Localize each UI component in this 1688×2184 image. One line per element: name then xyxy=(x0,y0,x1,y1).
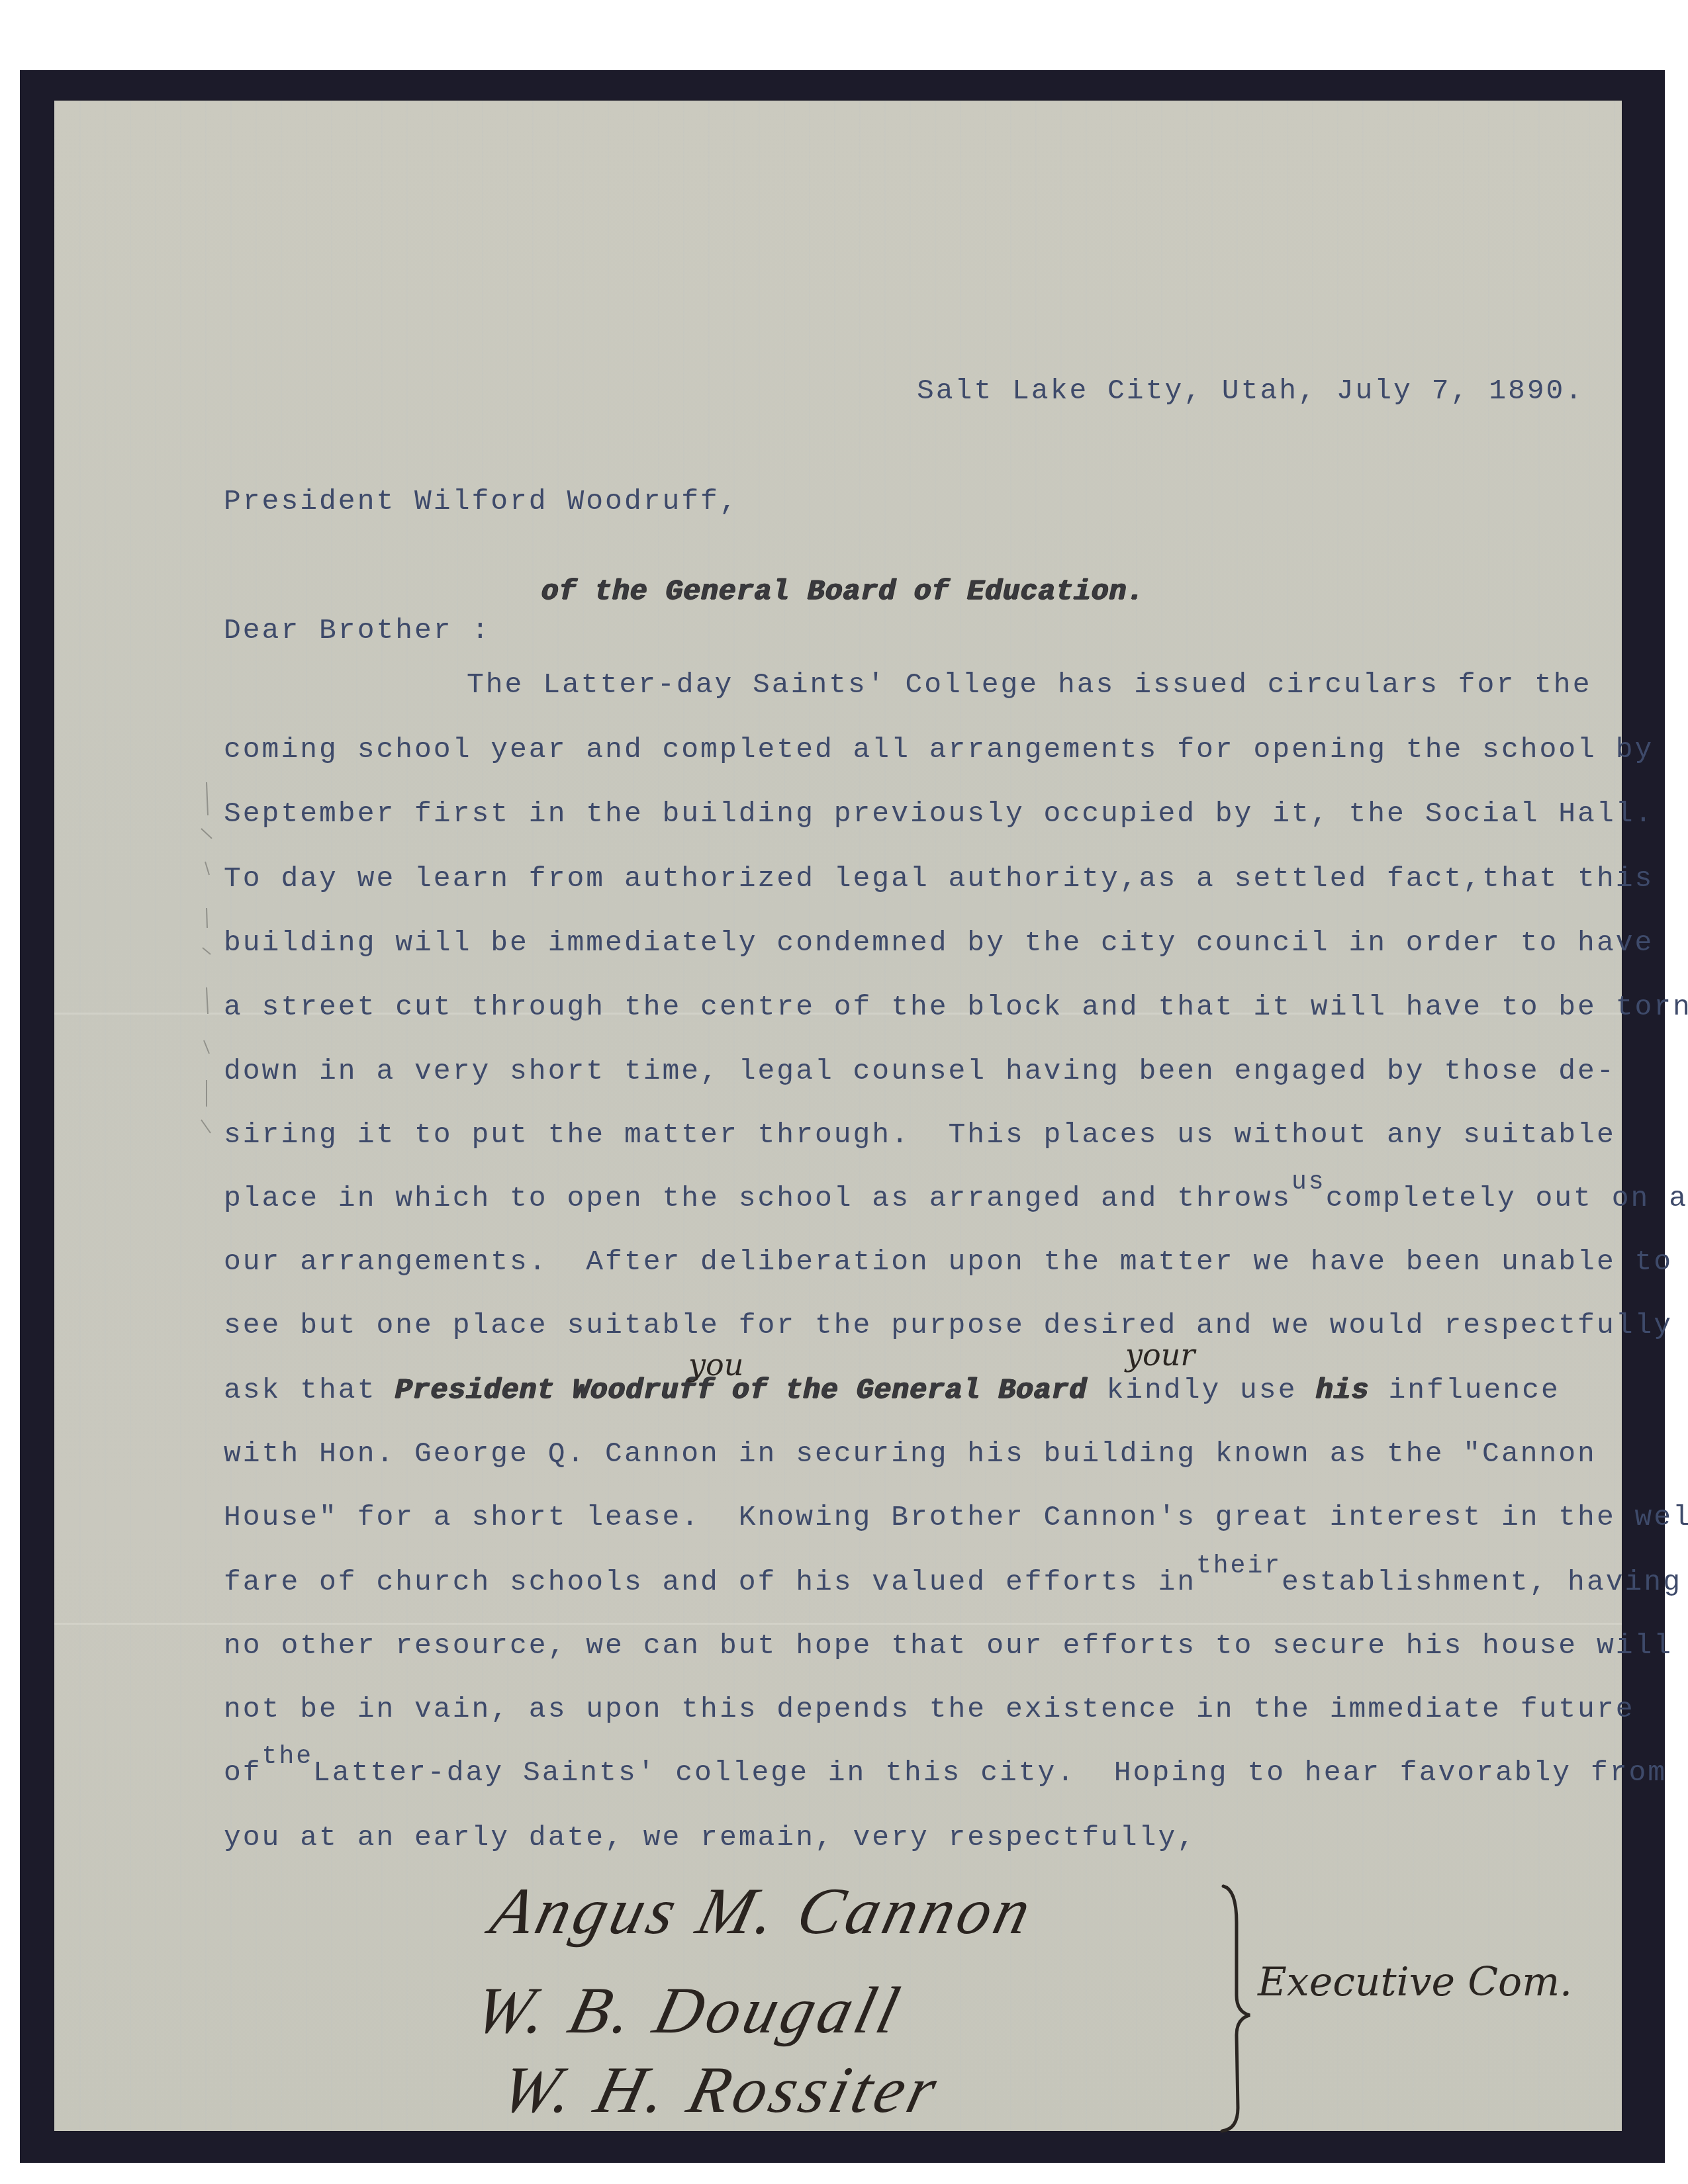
text-segment: fare of church schools and of his valued… xyxy=(224,1566,1196,1598)
body-line-3: September first in the building previous… xyxy=(224,797,1654,830)
text-segment: Latter-day Saints' college in this city.… xyxy=(313,1756,1667,1789)
body-line-15: fare of church schools and of his valued… xyxy=(224,1566,1682,1598)
body-line-7: down in a very short time, legal counsel… xyxy=(224,1055,1616,1087)
body-line-18: oftheLatter-day Saints' college in this … xyxy=(224,1756,1667,1789)
body-line-14: House" for a short lease. Knowing Brothe… xyxy=(224,1501,1688,1533)
text-segment: establishment, having xyxy=(1282,1566,1682,1598)
body-line-17: not be in vain, as upon this depends the… xyxy=(224,1693,1635,1725)
text-segment: ask that xyxy=(224,1374,395,1406)
body-line-13: with Hon. George Q. Cannon in securing h… xyxy=(224,1437,1597,1470)
margin-pencil-marks xyxy=(193,776,220,1146)
signature-w-h-rossiter: W. H. Rossiter xyxy=(494,2052,949,2128)
struck-text: of the General Board of Education. xyxy=(538,575,1148,608)
inserted-word: their xyxy=(1196,1552,1282,1580)
signature-brace xyxy=(1217,1883,1256,2134)
dateline: Salt Lake City, Utah, July 7, 1890. xyxy=(917,375,1584,407)
body-line-12: ask that President Woodruff of the Gener… xyxy=(224,1374,1560,1406)
text-segment: place in which to open the school as arr… xyxy=(224,1182,1291,1214)
body-line-10: our arrangements. After deliberation upo… xyxy=(224,1246,1673,1278)
body-line-8: siring it to put the matter through. Thi… xyxy=(224,1118,1616,1151)
body-line-2: coming school year and completed all arr… xyxy=(224,733,1654,766)
text-segment: influence xyxy=(1370,1374,1560,1406)
body-line-5: building will be immediately condemned b… xyxy=(224,927,1654,959)
body-line-6: a street cut through the centre of the b… xyxy=(224,991,1688,1023)
executive-committee-label: Executive Com. xyxy=(1258,1959,1572,2005)
handwritten-insert-your: your xyxy=(1125,1337,1195,1373)
handwritten-insert-you: you xyxy=(688,1347,743,1383)
paper-fold-line xyxy=(54,1623,1622,1625)
body-line-1: The Latter-day Saints' College has issue… xyxy=(467,668,1591,701)
body-line-9: place in which to open the school as arr… xyxy=(224,1182,1688,1214)
inserted-word: us xyxy=(1291,1168,1326,1197)
signature-w-b-dougall: W. B. Dougall xyxy=(467,1972,911,2048)
addressee-struck-line: of the General Board of Education. xyxy=(503,543,1145,608)
body-line-4: To day we learn from authorized legal au… xyxy=(224,862,1654,895)
salutation: Dear Brother : xyxy=(224,614,491,647)
struck-text: his xyxy=(1313,1374,1373,1406)
text-segment: completely out on all xyxy=(1326,1182,1688,1214)
inserted-word: the xyxy=(262,1743,313,1771)
signature-angus-m-cannon: Angus M. Cannon xyxy=(484,1873,1043,1949)
closing-line: you at an early date, we remain, very re… xyxy=(224,1821,1196,1854)
addressee: President Wilford Woodruff, xyxy=(224,485,739,518)
body-line-11: see but one place suitable for the purpo… xyxy=(224,1309,1673,1342)
body-line-16: no other resource, we can but hope that … xyxy=(224,1629,1673,1662)
text-segment: kindly use xyxy=(1088,1374,1317,1406)
text-segment: of xyxy=(224,1756,262,1789)
